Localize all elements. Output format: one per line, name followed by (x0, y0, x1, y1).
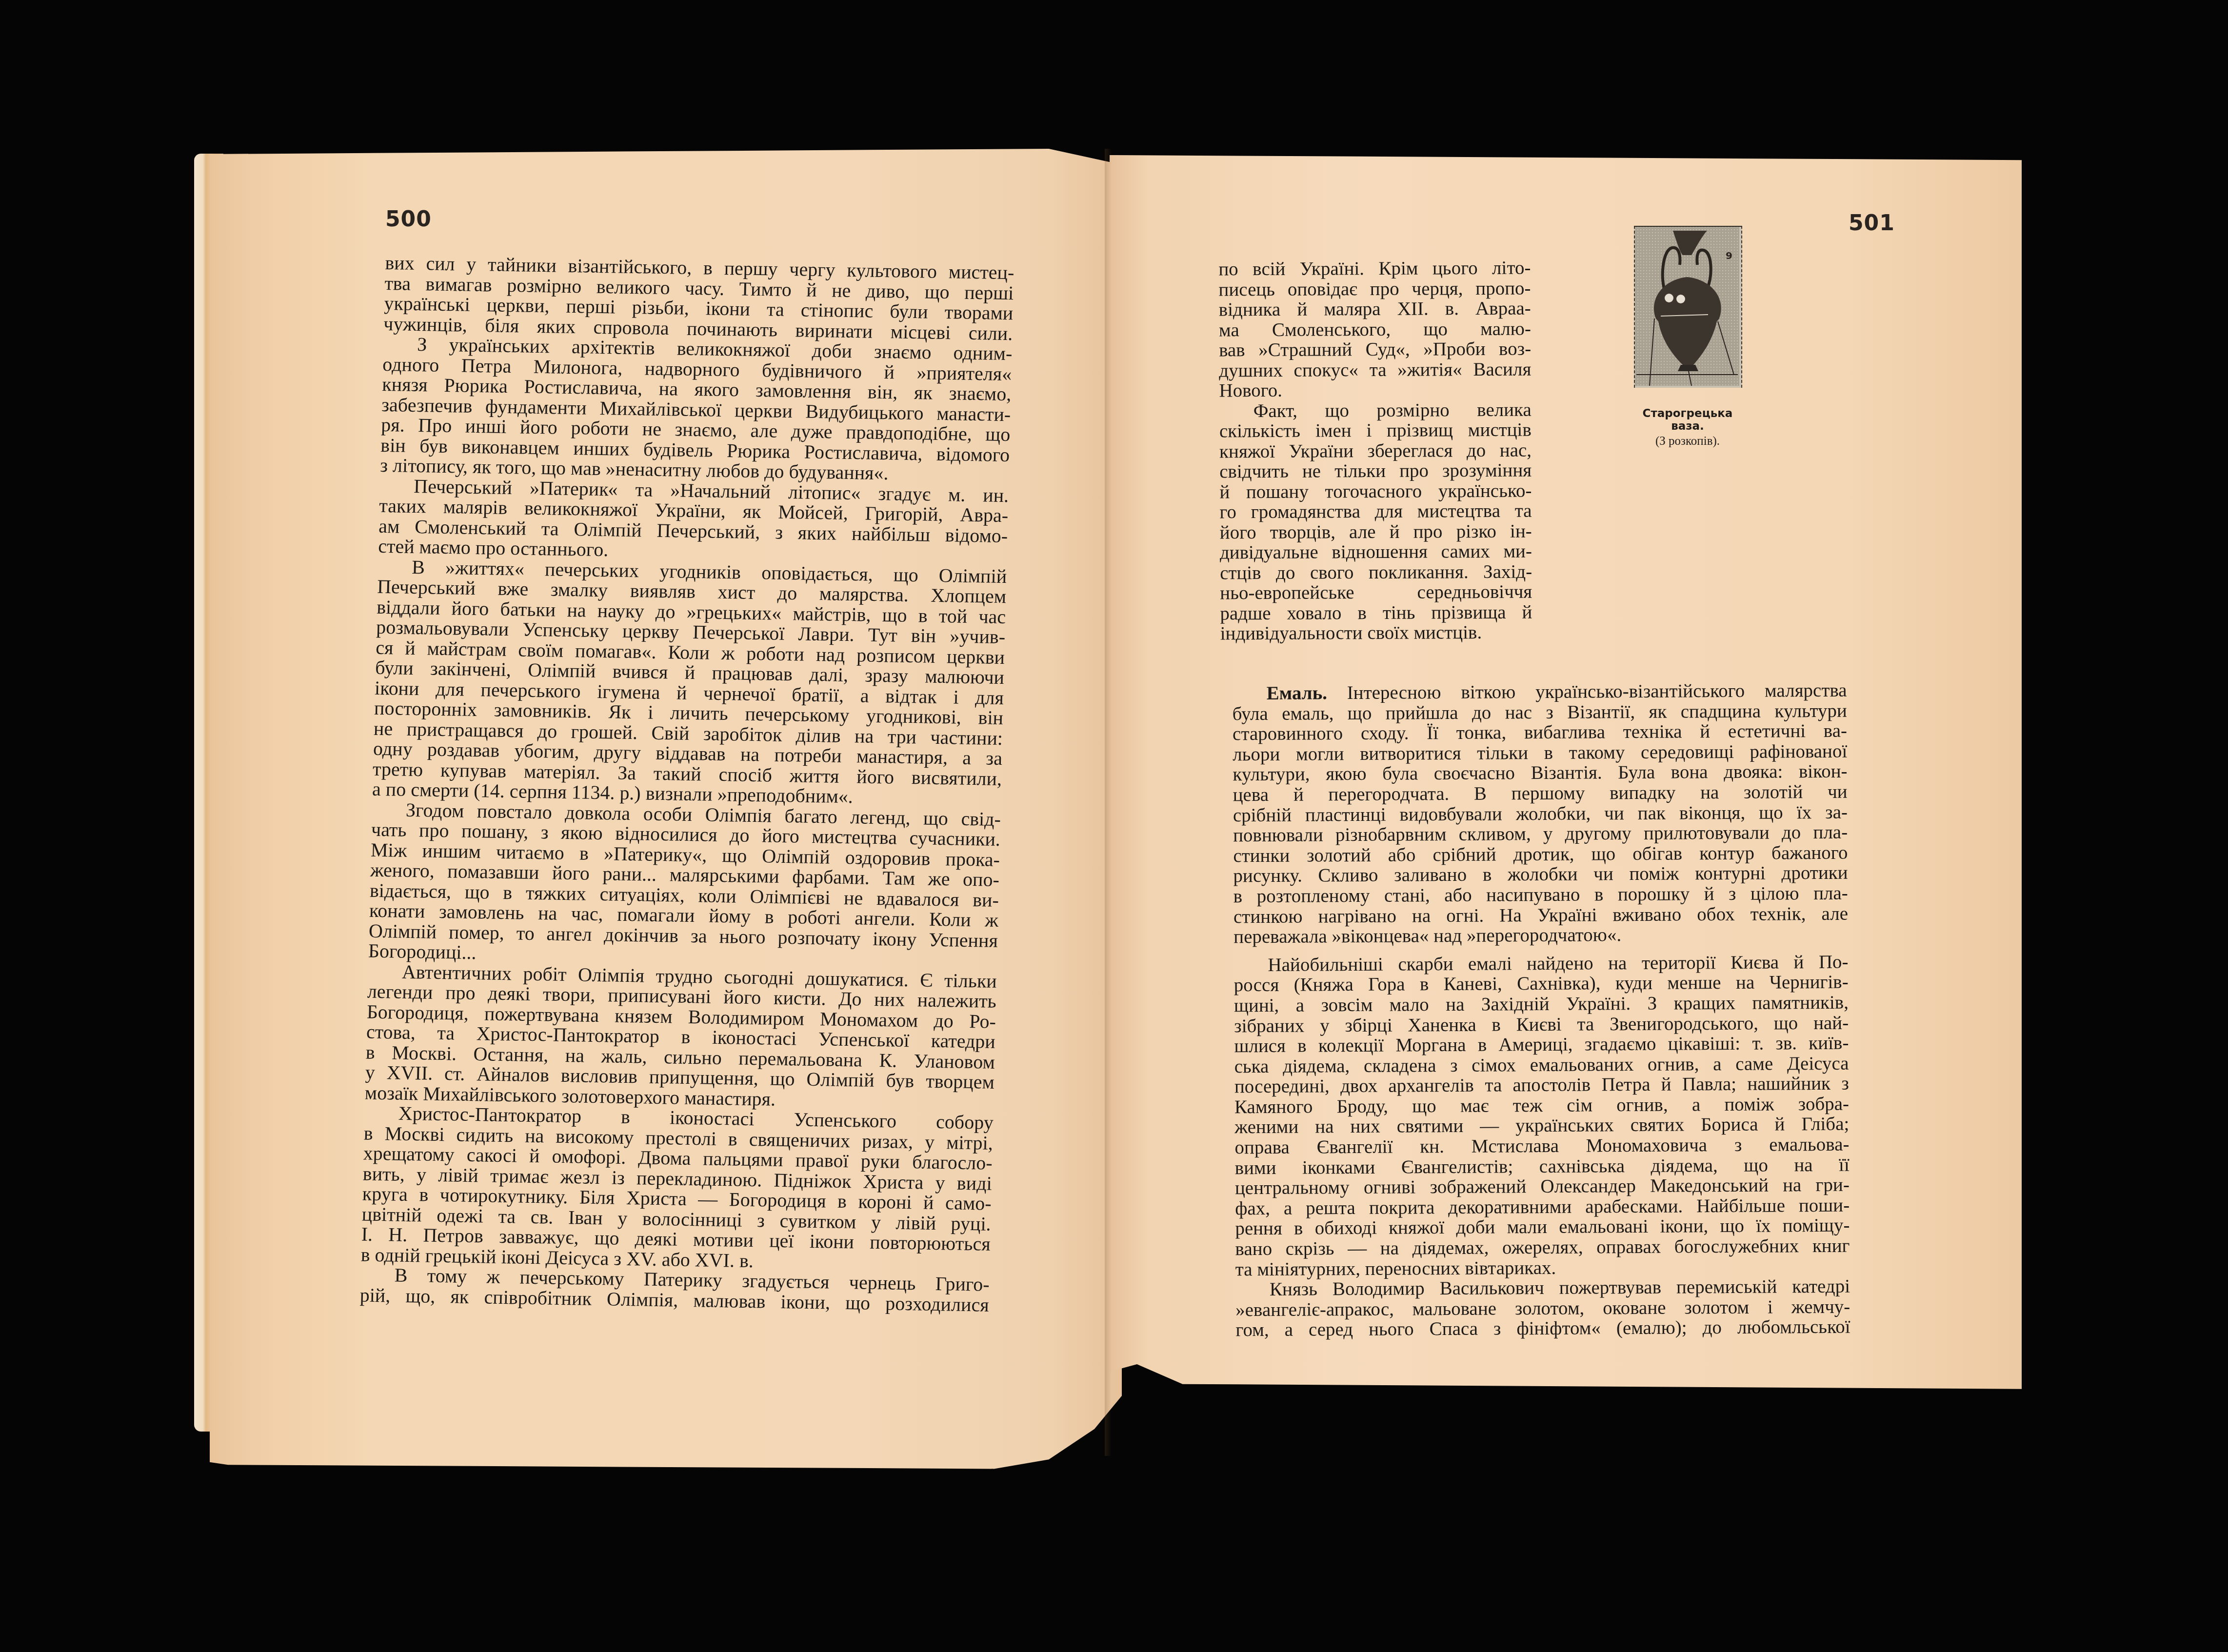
text-line: стців до свого покликання. Захід- (1220, 561, 1532, 583)
text-line: радше ховало в тінь прізвища й (1220, 602, 1532, 623)
text-line: індивідуальности своїх мистців. (1220, 622, 1532, 644)
text-line: го громадянства для мистецтва та (1219, 501, 1532, 522)
text-line: його творців, але й про різко ін- (1220, 521, 1532, 542)
text-line: писець оповідає про черця, пропо- (1218, 278, 1531, 299)
text-line: свідчить не тільки про зрозуміння (1219, 460, 1532, 482)
text-line: стинкою нагрівано на огні. На Україні вж… (1233, 903, 1848, 927)
text-line-content: Інтересною віткою українсько-візантійськ… (1347, 680, 1847, 703)
right-page-column-text: по всій Україні. Крім цього літо- писець… (1218, 258, 1532, 644)
text-line: Емаль. Інтересною віткою українсько-віза… (1232, 680, 1847, 704)
caption-subtitle: (З розкопів). (1634, 435, 1741, 448)
text-line: ма Смоленського, що малю- (1219, 318, 1531, 340)
text-line: Нового. (1219, 379, 1531, 401)
book-gutter (1105, 149, 1112, 1456)
vase-illustration: 9 (1634, 226, 1740, 387)
figure-caption: Старогрецька ваза. (З розкопів). (1634, 407, 1741, 448)
section-heading-enamel: Емаль. (1266, 682, 1327, 704)
text-line: дивідуальне відношення самих ми- (1220, 541, 1532, 563)
caption-title: Старогрецька ваза. (1634, 407, 1741, 433)
plate-number: 9 (1726, 250, 1732, 261)
text-line: переважала »віконцева« над »перегородчат… (1233, 924, 1848, 947)
open-book: 500 вих сил у тайники візантійського, в … (0, 0, 2228, 1652)
text-line: щині, а зовсім мало на Західній Україні.… (1234, 993, 1849, 1016)
text-line: цева й перегородчата. В першому випадку … (1233, 782, 1848, 805)
text-line: скількість імен і прізвищ мистців (1219, 420, 1532, 441)
text-line: Факт, що розмірно велика (1219, 399, 1532, 421)
text-line: й пошану тогочасного українсько- (1219, 480, 1532, 502)
text-line: посередині, двох архангелів та апостолів… (1234, 1074, 1849, 1117)
text-line: душних спокус« та »житія« Василя (1219, 359, 1531, 380)
text-line: ньо-европейське середньовіччя (1220, 582, 1532, 603)
text-line: вано скрізь — на діядемах, ожерелях, опр… (1235, 1236, 1850, 1259)
page-number-right: 501 (1849, 211, 1895, 236)
page-number-left: 500 (385, 207, 432, 232)
text-line: гом, а серед нього Спаса з фініфтом« (ем… (1235, 1317, 1850, 1340)
text-line: відника й маляра XII. в. Авраа- (1219, 299, 1531, 320)
greek-vase-icon: 9 (1634, 226, 1740, 387)
text-line: вав »Страшний Суд«, »Проби воз- (1219, 339, 1531, 360)
text-line: княжої України збереглася до нас, (1219, 440, 1532, 461)
text-line: в розтопленому стані, або насипувано в п… (1233, 883, 1848, 907)
right-page-body: Емаль. Інтересною віткою українсько-віза… (1232, 680, 1850, 1341)
text-line: по всій Україні. Крім цього літо- (1218, 258, 1531, 279)
left-page-body: вих сил у тайники візантійського, в перш… (359, 253, 1015, 1315)
